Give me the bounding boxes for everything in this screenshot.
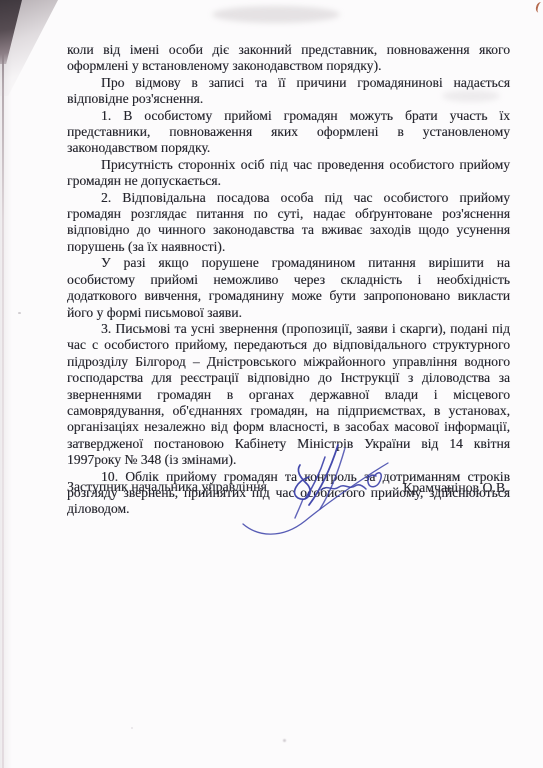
document-paragraph: У разі якщо порушене громадянином питанн… [67, 255, 510, 321]
document-paragraph: 2. Відповідальна посадова особа під час … [67, 190, 510, 256]
scan-smudge-top [212, 6, 340, 23]
document-paragraph: Присутність сторонніх осіб під час прове… [67, 157, 510, 190]
scan-red-mark [535, 1, 543, 14]
document-paragraph: 1. В особистому прийомі громадян можуть … [67, 108, 510, 157]
scan-left-edge-line [2, 0, 4, 768]
handwritten-signature-ink [237, 441, 397, 543]
document-paragraph: Про відмову в записі та її причини грома… [67, 75, 510, 108]
scan-speck [283, 739, 286, 742]
signature-signer-name: Крамчанінов О.В. [403, 480, 509, 496]
scan-speck [18, 312, 21, 314]
scan-speck [131, 727, 133, 729]
scanned-document-page: коли від імені особи діє законний предст… [0, 0, 543, 768]
document-paragraph: коли від імені особи діє законний предст… [67, 42, 510, 75]
